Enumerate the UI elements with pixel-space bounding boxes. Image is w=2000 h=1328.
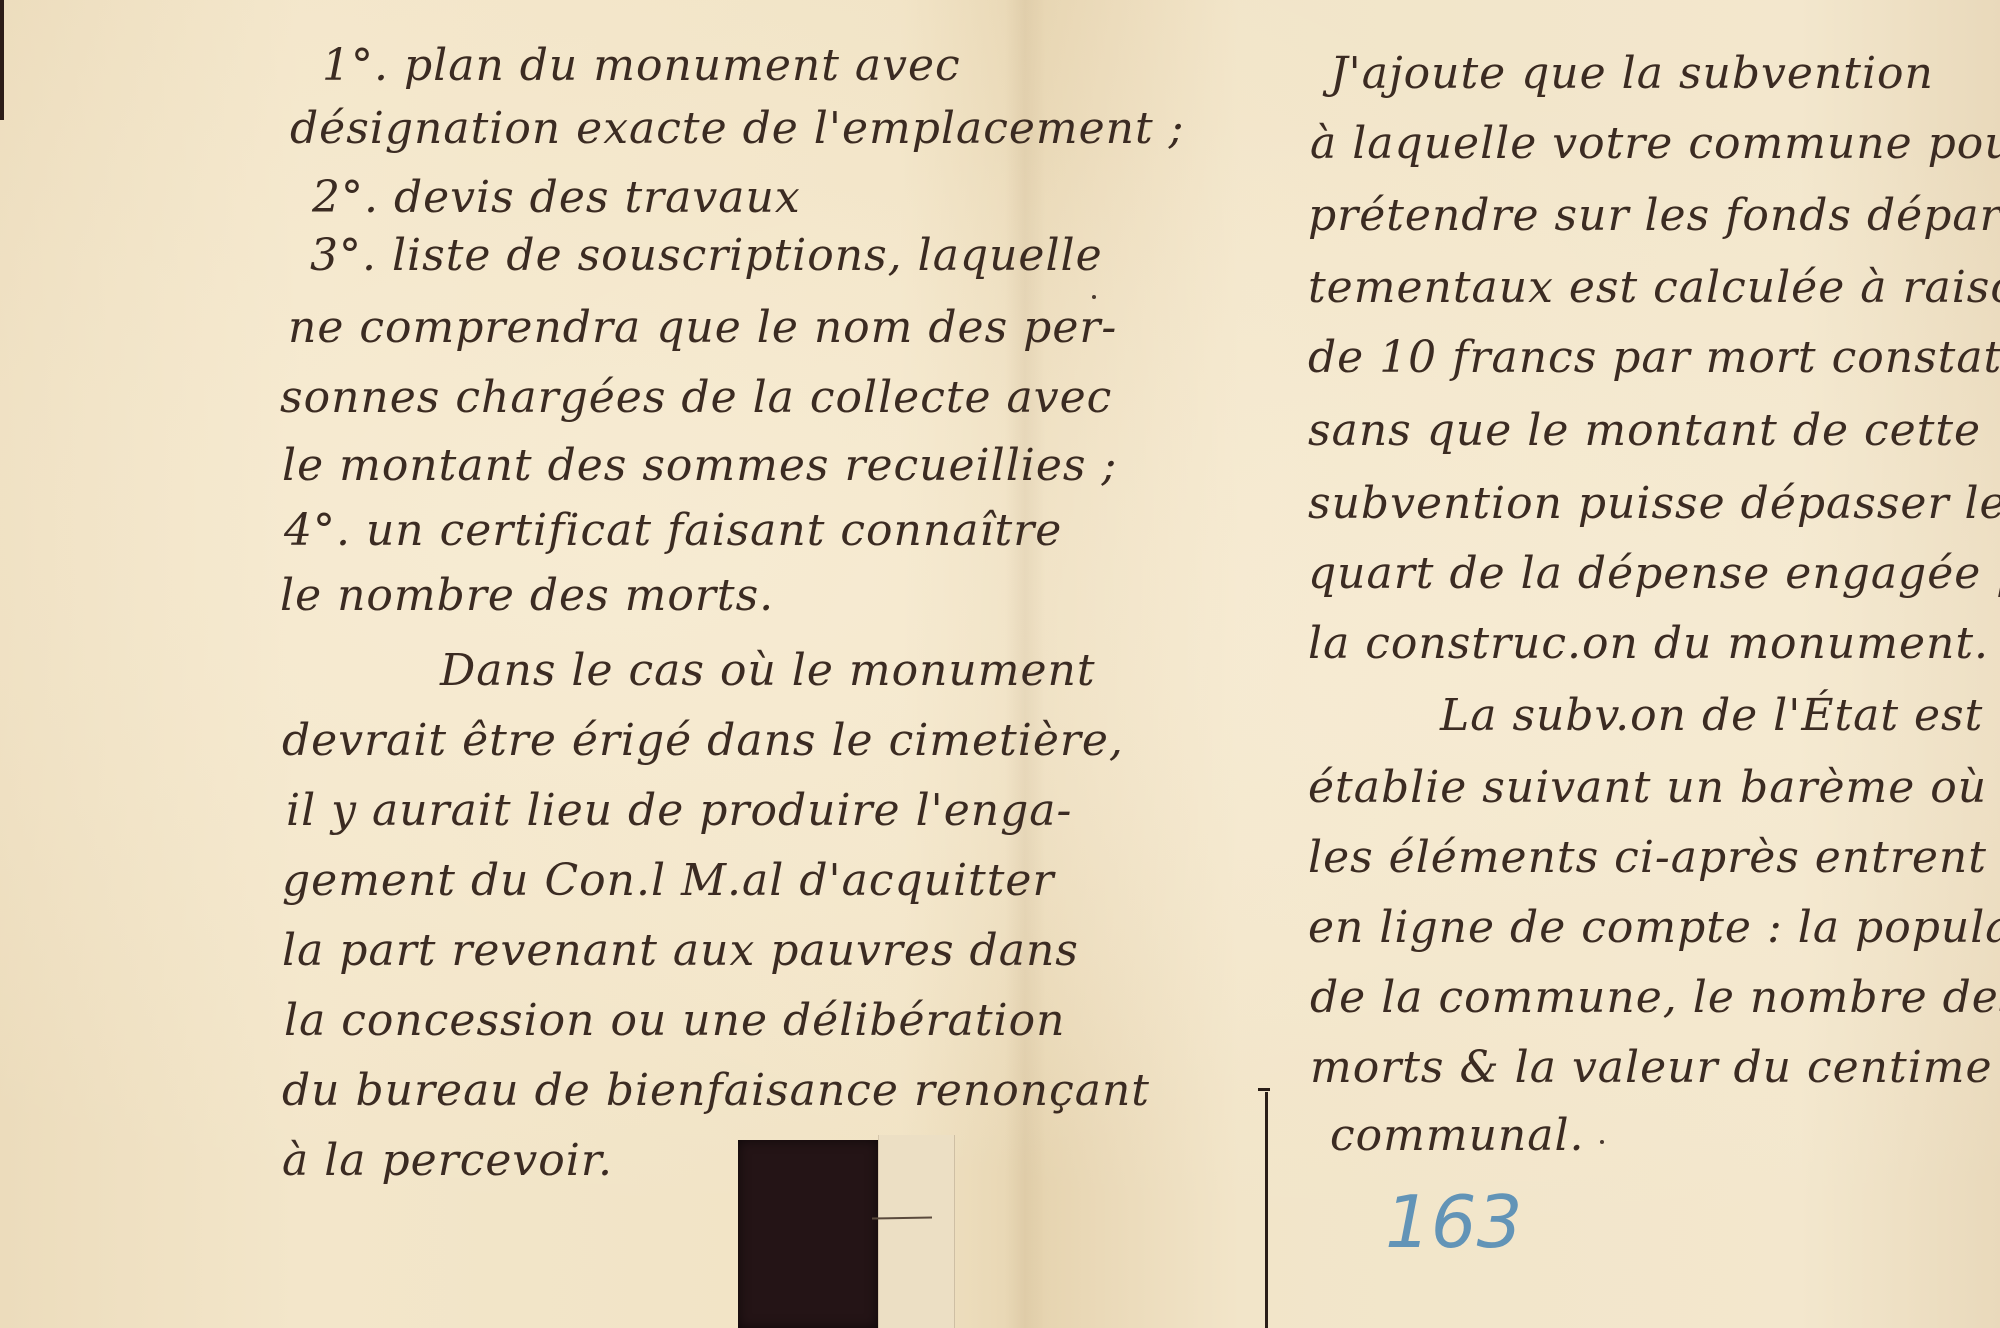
text-line: 3°. liste de souscriptions, laquelle <box>310 230 1103 281</box>
text-line: quart de la dépense engagée pour <box>1308 548 2000 599</box>
text-line: du bureau de bienfaisance renonçant <box>282 1065 1150 1116</box>
text-line: La subv.on de l'État est <box>1440 690 1983 741</box>
text-line: communal. <box>1330 1110 1585 1161</box>
text-line: 4°. un certificat faisant connaître <box>284 505 1062 556</box>
text-line: la part revenant aux pauvres dans <box>282 925 1079 976</box>
blue-pencil-annotation: 163 <box>1385 1180 1522 1264</box>
left-page: 1°. plan du monument avec désignation ex… <box>0 0 1040 1328</box>
text-line: sonnes chargées de la collecte avec <box>280 372 1112 423</box>
text-line: ne comprendra que le nom des per- <box>288 302 1117 353</box>
text-line: la concession ou une délibération <box>284 995 1065 1046</box>
ink-speck <box>1092 295 1096 299</box>
black-mounting-tab <box>738 1140 878 1328</box>
text-line: à laquelle votre commune pourra <box>1310 118 2000 169</box>
text-line: de la commune, le nombre des <box>1310 972 2000 1023</box>
text-line: 1°. plan du monument avec <box>322 40 961 91</box>
text-line: gement du Con.l M.al d'acquitter <box>282 855 1054 906</box>
right-page: J'ajoute que la subvention à laquelle vo… <box>1040 0 2000 1328</box>
text-line: à la percevoir. <box>282 1135 613 1186</box>
text-line: 2°. devis des travaux <box>312 172 801 223</box>
text-line: en ligne de compte : la population <box>1308 902 2000 953</box>
text-line: le montant des sommes recueillies ; <box>282 440 1117 491</box>
text-line: Dans le cas où le monument <box>440 645 1096 696</box>
text-line: morts & la valeur du centime <box>1310 1042 1993 1093</box>
text-line: prétendre sur les fonds dépar- <box>1308 190 2000 241</box>
text-line: la construc.on du monument. <box>1308 618 1989 669</box>
text-line: tementaux est calculée à raison <box>1308 262 2000 313</box>
text-line: les éléments ci-après entrent <box>1308 832 1987 883</box>
text-line: le nombre des morts. <box>280 570 774 621</box>
text-line: il y aurait lieu de produire l'enga- <box>286 785 1072 836</box>
text-line: subvention puisse dépasser le <box>1308 478 2000 529</box>
text-line: J'ajoute que la subvention <box>1330 48 1934 99</box>
text-line: sans que le montant de cette <box>1308 405 1981 456</box>
ink-speck <box>1600 1140 1604 1144</box>
paper-flap <box>878 1135 955 1328</box>
text-line: de 10 francs par mort constaté <box>1308 332 2000 383</box>
text-line: établie suivant un barème où <box>1308 762 1987 813</box>
text-line: devrait être érigé dans le cimetière, <box>282 715 1124 766</box>
margin-bracket <box>1265 1092 1272 1328</box>
